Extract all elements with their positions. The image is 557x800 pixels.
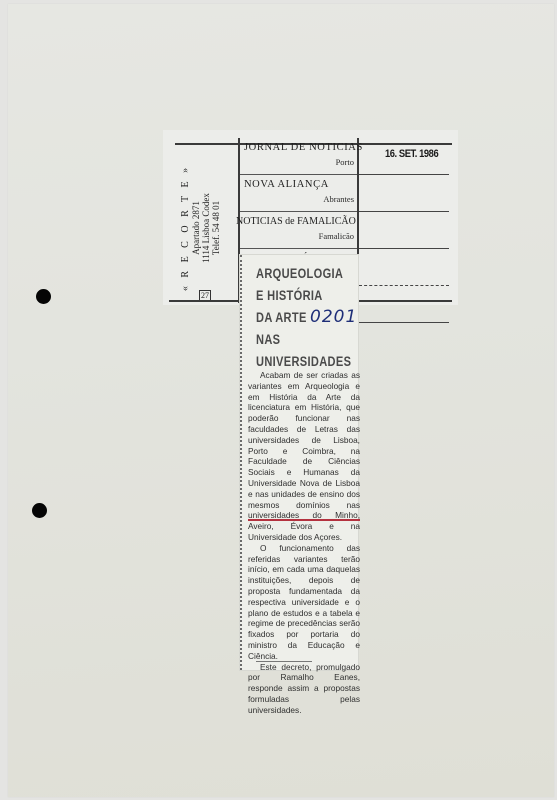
agency-address-2: 1114 Lisboa Codex: [201, 164, 211, 290]
article-paragraph: Acabam de ser criadas as variantes em Ar…: [248, 370, 360, 543]
agency-phone: Telef. 54 48 01: [211, 164, 221, 290]
agency-address-1: Apartado 2871: [191, 164, 201, 290]
date-row: [359, 175, 449, 212]
newspaper-clipping: ARQUEOLOGIA E HISTÓRIA DA ARTE NAS UNIVE…: [240, 255, 358, 670]
date-row: [359, 286, 449, 323]
newspaper-name: JORNAL DE NOTICIAS: [244, 142, 363, 153]
punch-hole: [36, 289, 51, 304]
newspaper-city: Abrantes: [323, 194, 354, 204]
headline-line: ARQUEOLOGIA: [256, 263, 340, 285]
date-stamp: 16. SET. 1986: [385, 148, 438, 160]
newspaper-name: NOVA ALIANÇA: [244, 179, 329, 190]
newspaper-row: JORNAL DE NOTICIAS Porto: [240, 138, 357, 175]
newspaper-city: Famalicão: [319, 231, 354, 241]
newspaper-row: NOTICIAS de FAMALICÃO Famalicão: [240, 212, 357, 249]
headline-line: E HISTÓRIA: [256, 285, 340, 307]
agency-name: « R E C O R T E »: [181, 164, 191, 290]
article-body: Acabam de ser criadas as variantes em Ar…: [248, 370, 360, 716]
newspaper-city: Porto: [336, 157, 354, 167]
date-column: 16. SET. 1986: [359, 138, 449, 303]
clipping-edge-rule: [256, 661, 312, 662]
headline-line: NAS: [256, 329, 340, 351]
date-row: [359, 249, 449, 286]
date-row: 16. SET. 1986: [359, 138, 449, 175]
date-row: [359, 212, 449, 249]
underlined-text: universidades do Minho,: [248, 510, 360, 520]
article-paragraph: Este decreto, promulgado por Ramalho Ean…: [248, 662, 360, 716]
scanned-page: « R E C O R T E » Apartado 2871 1114 Lis…: [8, 4, 554, 797]
punch-hole: [32, 503, 47, 518]
handwritten-reference-number: 0201: [310, 307, 357, 327]
newspaper-name: NOTICIAS de FAMALICÃO: [236, 216, 356, 227]
agency-stamp: « R E C O R T E » Apartado 2871 1114 Lis…: [171, 170, 231, 285]
newspaper-row: NOVA ALIANÇA Abrantes: [240, 175, 357, 212]
article-paragraph: O funcionamento das referidas variantes …: [248, 543, 360, 662]
